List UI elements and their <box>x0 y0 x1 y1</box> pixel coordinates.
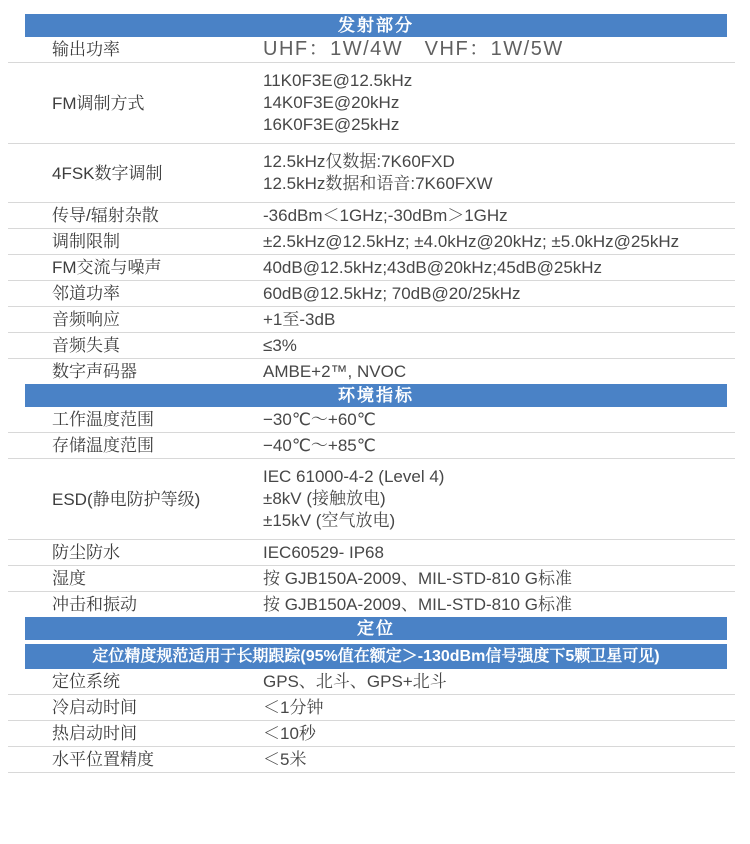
spec-value-line: ±8kV (接触放电) <box>263 488 735 510</box>
spec-label: ESD(静电防护等级) <box>8 489 263 510</box>
spec-value: UHF：1W/4W VHF：1W/5W <box>263 37 735 62</box>
spec-row: 音频失真≤3% <box>8 333 735 359</box>
spec-row: 冷启动时间＜1分钟 <box>8 695 735 721</box>
section-subheader: 定位精度规范适用于长期跟踪(95%值在额定＞-130dBm信号强度下5颗卫星可见… <box>25 644 727 669</box>
spec-label: 防尘防水 <box>8 542 263 563</box>
spec-row: 传导/辐射杂散-36dBm＜1GHz;-30dBm＞1GHz <box>8 203 735 229</box>
spec-value: −30℃～+60℃ <box>263 407 735 432</box>
spec-value: 按 GJB150A-2009、MIL-STD-810 G标准 <box>263 566 735 591</box>
spec-label: 数字声码器 <box>8 361 263 382</box>
spec-section-2: 环境指标工作温度范围−30℃～+60℃存储温度范围−40℃～+85℃ESD(静电… <box>0 384 750 617</box>
spec-row: FM调制方式11K0F3E@12.5kHz14K0F3E@20kHz16K0F3… <box>8 63 735 144</box>
spec-value-line: ≤3% <box>263 333 735 358</box>
spec-value: GPS、北斗、GPS+北斗 <box>263 669 735 694</box>
spec-label: 热启动时间 <box>8 723 263 744</box>
spec-label: FM调制方式 <box>8 93 263 114</box>
spec-value: 按 GJB150A-2009、MIL-STD-810 G标准 <box>263 592 735 617</box>
spec-label: 湿度 <box>8 568 263 589</box>
spec-value-line: 12.5kHz数据和语音:7K60FXW <box>263 173 735 195</box>
spec-row: 存储温度范围−40℃～+85℃ <box>8 433 735 459</box>
spec-value: ＜5米 <box>263 747 735 772</box>
spec-row: 热启动时间＜10秒 <box>8 721 735 747</box>
spec-value: +1至-3dB <box>263 307 735 332</box>
spec-row: 邻道功率60dB@12.5kHz; 70dB@20/25kHz <box>8 281 735 307</box>
spec-row: 音频响应+1至-3dB <box>8 307 735 333</box>
spec-label: 邻道功率 <box>8 283 263 304</box>
spec-value-line: 40dB@12.5kHz;43dB@20kHz;45dB@25kHz <box>263 255 735 280</box>
spec-value: ＜1分钟 <box>263 695 735 720</box>
spec-label: 水平位置精度 <box>8 749 263 770</box>
spec-label: 存储温度范围 <box>8 435 263 456</box>
spec-value: ±2.5kHz@12.5kHz; ±4.0kHz@20kHz; ±5.0kHz@… <box>263 229 735 254</box>
spec-value: −40℃～+85℃ <box>263 433 735 458</box>
spec-value: IEC60529- IP68 <box>263 540 735 565</box>
spec-section-1: 发射部分输出功率UHF：1W/4W VHF：1W/5WFM调制方式11K0F3E… <box>0 14 750 384</box>
spec-row: 输出功率UHF：1W/4W VHF：1W/5W <box>8 37 735 63</box>
spec-value: ＜10秒 <box>263 721 735 746</box>
spec-value-line: IEC60529- IP68 <box>263 540 735 565</box>
spec-label: 冲击和振动 <box>8 594 263 615</box>
spec-label: 冷启动时间 <box>8 697 263 718</box>
spec-value-line: −30℃～+60℃ <box>263 407 735 432</box>
spec-row: 4FSK数字调制12.5kHz仅数据:7K60FXD12.5kHz数据和语音:7… <box>8 144 735 203</box>
spec-value: 60dB@12.5kHz; 70dB@20/25kHz <box>263 281 735 306</box>
spec-value: AMBE+2™, NVOC <box>263 359 735 384</box>
spec-value-line: AMBE+2™, NVOC <box>263 359 735 384</box>
spec-value-line: +1至-3dB <box>263 307 735 332</box>
spec-value-line: −40℃～+85℃ <box>263 433 735 458</box>
spec-label: 传导/辐射杂散 <box>8 205 263 226</box>
spec-label: 工作温度范围 <box>8 409 263 430</box>
spec-value-line: UHF：1W/4W VHF：1W/5W <box>263 37 735 62</box>
spec-value-line: ＜1分钟 <box>263 695 735 720</box>
spec-row: 调制限制±2.5kHz@12.5kHz; ±4.0kHz@20kHz; ±5.0… <box>8 229 735 255</box>
spec-label: 调制限制 <box>8 231 263 252</box>
spec-row: 防尘防水IEC60529- IP68 <box>8 540 735 566</box>
spec-value: 11K0F3E@12.5kHz14K0F3E@20kHz16K0F3E@25kH… <box>263 70 735 136</box>
spec-row: 工作温度范围−30℃～+60℃ <box>8 407 735 433</box>
section-header: 环境指标 <box>25 384 727 407</box>
spec-section-3: 定位定位精度规范适用于长期跟踪(95%值在额定＞-130dBm信号强度下5颗卫星… <box>0 617 750 773</box>
spec-value-line: -36dBm＜1GHz;-30dBm＞1GHz <box>263 203 735 228</box>
spec-label: 定位系统 <box>8 671 263 692</box>
section-rows: 输出功率UHF：1W/4W VHF：1W/5WFM调制方式11K0F3E@12.… <box>8 37 735 384</box>
spec-value: 40dB@12.5kHz;43dB@20kHz;45dB@25kHz <box>263 255 735 280</box>
spec-value-line: 16K0F3E@25kHz <box>263 114 735 136</box>
spec-value-line: 12.5kHz仅数据:7K60FXD <box>263 151 735 173</box>
spec-row: 冲击和振动按 GJB150A-2009、MIL-STD-810 G标准 <box>8 592 735 617</box>
spec-value: 12.5kHz仅数据:7K60FXD12.5kHz数据和语音:7K60FXW <box>263 151 735 195</box>
spec-value-line: 11K0F3E@12.5kHz <box>263 70 735 92</box>
spec-value-line: 60dB@12.5kHz; 70dB@20/25kHz <box>263 281 735 306</box>
spec-row: 数字声码器AMBE+2™, NVOC <box>8 359 735 384</box>
section-header: 定位 <box>25 617 727 640</box>
spec-value-line: 14K0F3E@20kHz <box>263 92 735 114</box>
spec-value-line: ＜10秒 <box>263 721 735 746</box>
section-rows: 定位系统GPS、北斗、GPS+北斗冷启动时间＜1分钟热启动时间＜10秒水平位置精… <box>8 669 735 773</box>
spec-value-line: ＜5米 <box>263 747 735 772</box>
spec-table: 发射部分输出功率UHF：1W/4W VHF：1W/5WFM调制方式11K0F3E… <box>0 0 750 773</box>
spec-value: ≤3% <box>263 333 735 358</box>
spec-value-line: ±2.5kHz@12.5kHz; ±4.0kHz@20kHz; ±5.0kHz@… <box>263 229 735 254</box>
spec-row: 水平位置精度＜5米 <box>8 747 735 773</box>
section-rows: 工作温度范围−30℃～+60℃存储温度范围−40℃～+85℃ESD(静电防护等级… <box>8 407 735 617</box>
spec-value-line: IEC 61000-4-2 (Level 4) <box>263 466 735 488</box>
spec-row: ESD(静电防护等级)IEC 61000-4-2 (Level 4)±8kV (… <box>8 459 735 540</box>
spec-value-line: 按 GJB150A-2009、MIL-STD-810 G标准 <box>263 592 735 617</box>
spec-row: 湿度按 GJB150A-2009、MIL-STD-810 G标准 <box>8 566 735 592</box>
spec-label: 音频响应 <box>8 309 263 330</box>
spec-value: -36dBm＜1GHz;-30dBm＞1GHz <box>263 203 735 228</box>
spec-label: 4FSK数字调制 <box>8 163 263 184</box>
spec-value-line: ±15kV (空气放电) <box>263 510 735 532</box>
spec-label: 输出功率 <box>8 39 263 60</box>
spec-value-line: GPS、北斗、GPS+北斗 <box>263 669 735 694</box>
spec-label: 音频失真 <box>8 335 263 356</box>
spec-label: FM交流与噪声 <box>8 257 263 278</box>
spec-value-line: 按 GJB150A-2009、MIL-STD-810 G标准 <box>263 566 735 591</box>
section-header: 发射部分 <box>25 14 727 37</box>
spec-value: IEC 61000-4-2 (Level 4)±8kV (接触放电)±15kV … <box>263 466 735 532</box>
spec-row: FM交流与噪声40dB@12.5kHz;43dB@20kHz;45dB@25kH… <box>8 255 735 281</box>
spec-row: 定位系统GPS、北斗、GPS+北斗 <box>8 669 735 695</box>
